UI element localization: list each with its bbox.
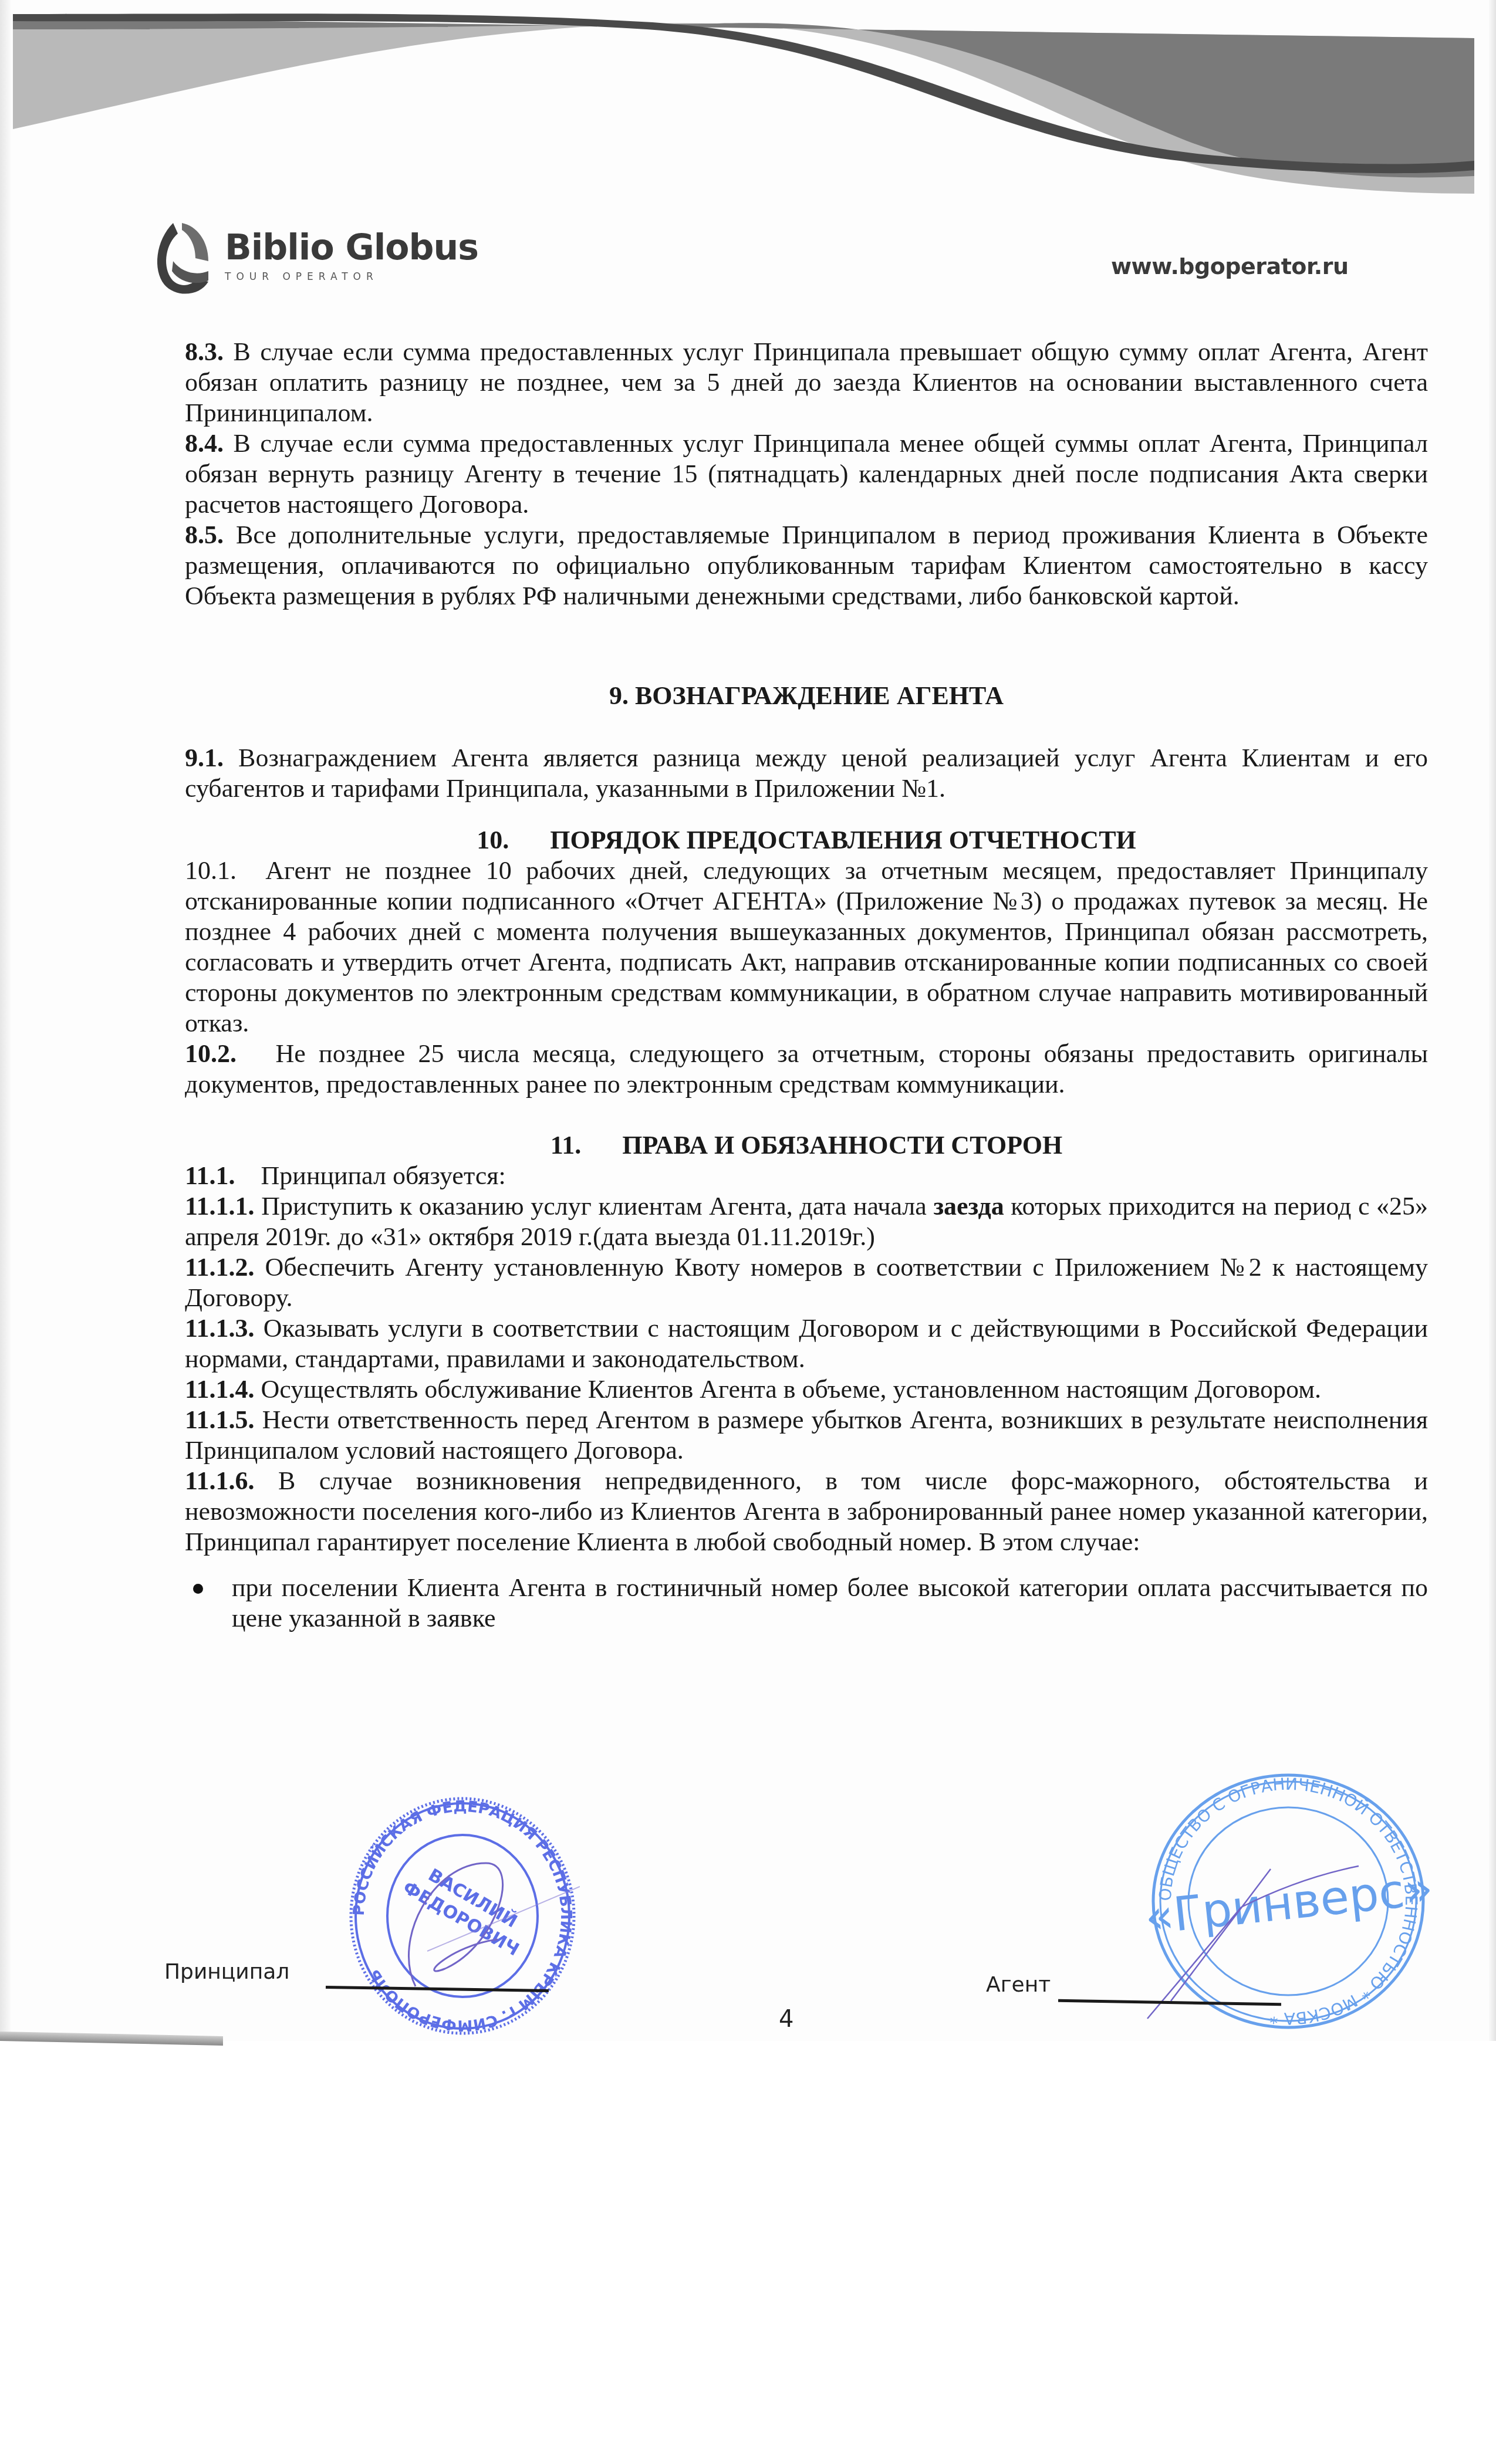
svg-text:ФЕДОРОВИЧ: ФЕДОРОВИЧ [399, 1877, 522, 1960]
section-heading-11: 11.ПРАВА И ОБЯЗАННОСТИ СТОРОН [185, 1130, 1428, 1161]
agent-signature-label: Агент [986, 1973, 1051, 1997]
clause-text: Агент не позднее 10 рабочих дней, следую… [185, 856, 1428, 1037]
clause-10-1: 10.1. Агент не позднее 10 рабочих дней, … [185, 856, 1428, 1039]
clause-text: В случае если сумма предоставленных услу… [185, 337, 1428, 427]
clause-text: Нести ответственность перед Агентом в ра… [185, 1405, 1428, 1465]
section-number: 11. [551, 1130, 582, 1161]
scan-edge-left [0, 0, 11, 2041]
clause-8-4: 8.4. В случае если сумма предоставленных… [185, 428, 1428, 520]
scanned-page: Biblio Globus TOUR OPERATOR www.bgoperat… [0, 0, 1496, 2041]
clause-11-1-3: 11.1.3. Оказывать услуги в соответствии … [185, 1313, 1428, 1374]
clause-number: 10.1. [185, 856, 237, 885]
section-title: ПОРЯДОК ПРЕДОСТАВЛЕНИЯ ОТЧЕТНОСТИ [550, 826, 1136, 854]
brand-tagline: TOUR OPERATOR [225, 271, 478, 283]
principal-signature-line [326, 1986, 549, 1992]
stamp-center-text: «Гринверс» [1142, 1861, 1436, 1945]
clause-9-1: 9.1. Вознаграждением Агента является раз… [185, 743, 1428, 804]
page-number: 4 [779, 2006, 793, 2033]
svg-text:ОБЩЕСТВО С ОГРАНИЧЕННОЙ ОТВЕТС: ОБЩЕСТВО С ОГРАНИЧЕННОЙ ОТВЕТСТВЕННОСТЬЮ… [1156, 1775, 1421, 2028]
clause-11-1-5: 11.1.5. Нести ответственность перед Аген… [185, 1405, 1428, 1466]
clause-number: 11.1.3. [185, 1314, 255, 1343]
clause-number: 11.1.6. [185, 1466, 255, 1495]
section-heading-10: 10.ПОРЯДОК ПРЕДОСТАВЛЕНИЯ ОТЧЕТНОСТИ [185, 825, 1428, 856]
clause-number: 11.1.5. [185, 1405, 255, 1434]
scan-bottom-shadow [0, 2032, 223, 2046]
brand-name: Biblio Globus [225, 230, 478, 265]
clause-8-3: 8.3. В случае если сумма предоставленных… [185, 337, 1428, 428]
clause-text: Не позднее 25 числа месяца, следующего з… [185, 1039, 1428, 1099]
brand-logo: Biblio Globus TOUR OPERATOR [150, 217, 478, 299]
clause-text: Все дополнительные услуги, предоставляем… [185, 520, 1428, 610]
clause-text: Приступить к оказанию услуг клиентам Аге… [261, 1192, 933, 1221]
agent-seal-stamp: ОБЩЕСТВО С ОГРАНИЧЕННОЙ ОТВЕТСТВЕННОСТЬЮ… [1136, 1766, 1441, 2036]
clause-11-1-1: 11.1.1. Приступить к оказанию услуг клие… [185, 1191, 1428, 1252]
clause-text: Осуществлять обслуживание Клиентов Агент… [261, 1375, 1321, 1404]
scan-edge-right [1489, 0, 1496, 2041]
clause-text: В случае возникновения непредвиденного, … [185, 1466, 1428, 1556]
principal-seal-stamp: РОССИЙСКАЯ ФЕДЕРАЦИЯ РЕСПУБЛИКА КРЫМ г. … [345, 1793, 580, 2039]
clause-number: 10.2. [185, 1039, 237, 1068]
clause-number: 11.1.2. [185, 1253, 255, 1282]
website-url: www.bgoperator.ru [1111, 254, 1349, 279]
clause-text: Обеспечить Агенту установленную Квоту но… [185, 1253, 1428, 1312]
stamp-ring-text: ОБЩЕСТВО С ОГРАНИЧЕННОЙ ОТВЕТСТВЕННОСТЬЮ… [1156, 1775, 1421, 2028]
clause-number: 11.1. [185, 1161, 235, 1190]
clause-text: В случае если сумма предоставленных услу… [185, 429, 1428, 519]
clause-text: Принципал обязуется: [261, 1161, 506, 1190]
agent-signature-line [1058, 1999, 1281, 2006]
bullet-text: при поселении Клиента Агента в гостиничн… [232, 1573, 1428, 1632]
section-number: 10. [477, 825, 509, 856]
svg-text:ВАСИЛИЙ: ВАСИЛИЙ [425, 1864, 521, 1932]
principal-signature-label: Принципал [164, 1960, 289, 1984]
clause-11-1-6: 11.1.6. В случае возникновения непредвид… [185, 1466, 1428, 1557]
clause-text: Вознаграждением Агента является разница … [185, 743, 1428, 803]
clause-11-1-4: 11.1.4. Осуществлять обслуживание Клиент… [185, 1374, 1428, 1405]
clause-11-1: 11.1. Принципал обязуется: [185, 1161, 1428, 1191]
clause-8-5: 8.5. Все дополнительные услуги, предоста… [185, 520, 1428, 611]
clause-number: 8.5. [185, 520, 224, 549]
svg-text:РОССИЙСКАЯ ФЕДЕРАЦИЯ РЕСПУБЛИК: РОССИЙСКАЯ ФЕДЕРАЦИЯ РЕСПУБЛИКА КРЫМ г. … [350, 1798, 575, 2034]
clause-text-bold: заезда [933, 1192, 1004, 1221]
header-wave-graphic [13, 6, 1474, 205]
document-body: 8.3. В случае если сумма предоставленных… [185, 337, 1428, 1634]
bullet-item: при поселении Клиента Агента в гостиничн… [185, 1573, 1428, 1634]
clause-text: Оказывать услуги в соответствии с настоя… [185, 1314, 1428, 1373]
clause-10-2: 10.2. Не позднее 25 числа месяца, следую… [185, 1039, 1428, 1100]
section-heading-9: 9. ВОЗНАГРАЖДЕНИЕ АГЕНТА [185, 681, 1428, 711]
section-title: ПРАВА И ОБЯЗАННОСТИ СТОРОН [622, 1131, 1062, 1160]
clause-number: 9.1. [185, 743, 224, 772]
clause-number: 8.4. [185, 429, 224, 458]
clause-11-1-2: 11.1.2. Обеспечить Агенту установленную … [185, 1252, 1428, 1313]
clause-number: 11.1.1. [185, 1192, 255, 1221]
clause-number: 11.1.4. [185, 1375, 255, 1404]
stamp-ring-text: РОССИЙСКАЯ ФЕДЕРАЦИЯ РЕСПУБЛИКА КРЫМ г. … [350, 1798, 575, 2034]
clause-number: 8.3. [185, 337, 224, 366]
bullet-icon [193, 1584, 203, 1594]
biblio-globus-logo-icon [150, 217, 214, 299]
